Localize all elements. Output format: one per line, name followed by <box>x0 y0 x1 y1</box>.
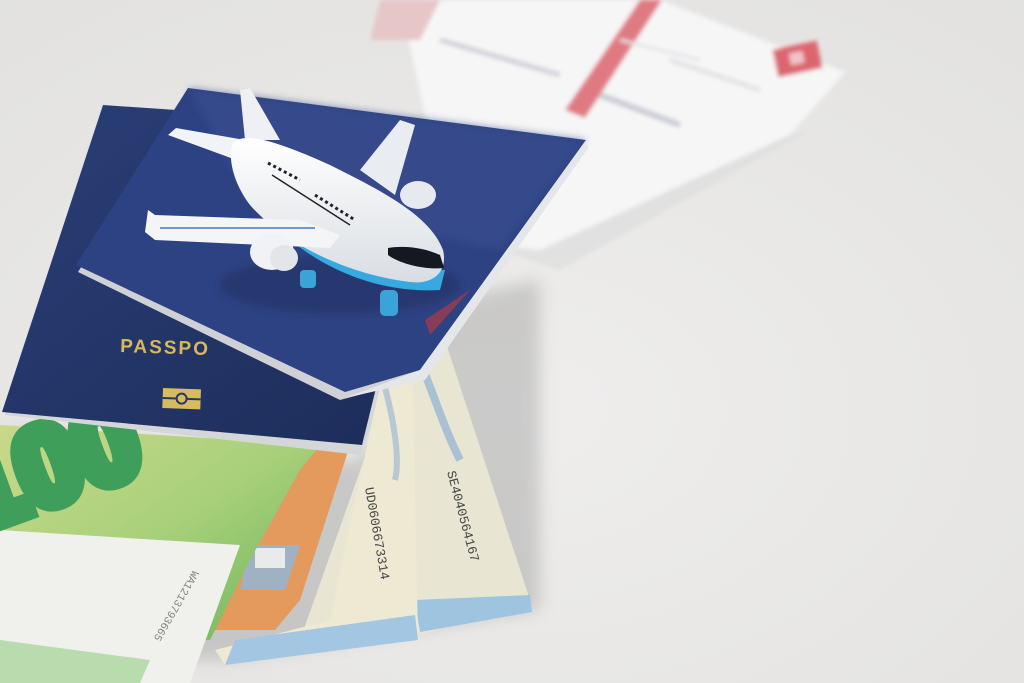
passport-title: PASSPO <box>120 336 210 360</box>
travel-scene: 100 UD0606673314 SE4040564167 WA12137936… <box>0 0 1024 683</box>
biometric-chip-icon <box>162 388 201 409</box>
